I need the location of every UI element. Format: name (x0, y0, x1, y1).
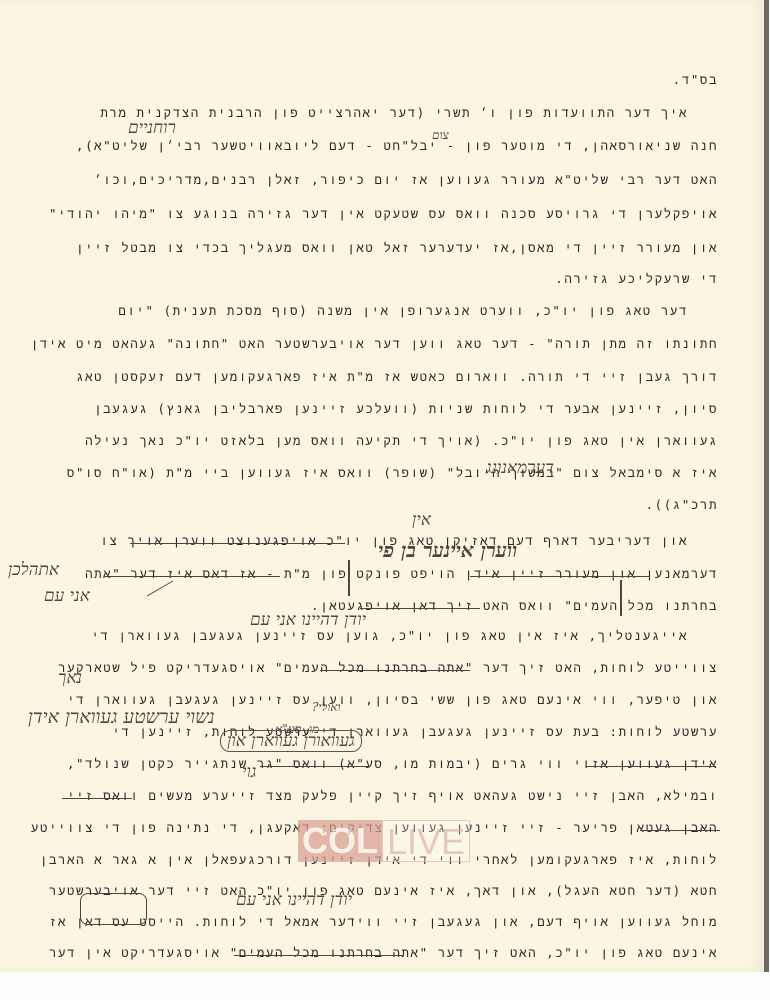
text-line-1: איך דער התוועדות פון ו׳ תשרי (דער יאהרצי… (100, 105, 688, 121)
text-line-3: האט דער רבי שליט"א מעורר געווען אז יום כ… (94, 172, 718, 188)
strike-line (130, 543, 345, 544)
strike-line (640, 830, 720, 831)
text-line-17: אייגענטליך, איז אין טאג פון יו"כ, גוען ע… (91, 628, 688, 644)
handwritten-note: רוחניים (128, 118, 176, 138)
text-line-7: דער טאג פון יו"כ, ווערט אנגערופן אין משנ… (118, 303, 688, 319)
strike-line (320, 670, 470, 671)
scan-margin (0, 972, 770, 1000)
text-line-6: די שרעקליכע גזירה. (555, 271, 718, 287)
text-line-25: חטא (דער חטא העגל), און דאך, איז אינעם ט… (49, 883, 718, 899)
handwritten-insert-mark (620, 580, 622, 616)
handwritten-note: ואולי? (312, 700, 341, 715)
handwritten-note: גוי (242, 762, 256, 782)
strike-line (105, 576, 280, 577)
text-line-12: איז א סימבאל צום "במשוך היובל" (שופר) וו… (67, 465, 718, 481)
text-line-15: דערמאנען און מעורר זיין אידן הויפט פונקט… (85, 566, 718, 582)
text-line-9: דורך געבן זיי די תורה. ווארום כאטש אז מ"… (76, 369, 718, 385)
text-line-10: סיון, זיינען אבער די לוחות שניות (וועלכע… (94, 401, 718, 417)
text-line-27: אינעם טאג פון יו"כ, האט זיך דער "אתה בחר… (49, 945, 718, 961)
handwritten-note: נשוי ערשטע געווארן אידן (28, 706, 215, 729)
text-line-26: מוחל געווען אויף דעם, און געגעבן זיי ווי… (49, 914, 718, 930)
strike-line (234, 955, 404, 956)
text-line-8: חתונתו זה מתן תורה" - דער טאג ווען דער א… (31, 336, 718, 352)
handwritten-note: אני עם (44, 586, 90, 606)
handwritten-note: צום (432, 128, 449, 143)
handwritten-box-mark (80, 893, 147, 925)
text-line-2: חנה שניאורסאהן, די מוטער פון - יבל"חט - … (76, 138, 718, 154)
text-line-22: ובמילא, האבן זיי נישט געהאט אויף זיך קיי… (67, 788, 718, 804)
document-header: בס"ד. (673, 72, 718, 88)
strike-line (470, 576, 650, 577)
text-line-16: בחרתנו מכל העמים" וואס האט זיך דאן אויפג… (311, 598, 718, 614)
handwritten-note: אתהלכן (8, 560, 59, 580)
watermark-live: LIVE (382, 820, 470, 862)
text-line-18: צווייטע לוחות, האט זיך דער "אתה בחרתנו מ… (58, 660, 718, 676)
strike-line (260, 766, 370, 767)
handwritten-note: דערמאנונג (486, 458, 554, 478)
handwritten-insert-mark (348, 560, 350, 596)
strike-line (62, 798, 132, 799)
handwritten-note: יודן דהיינו אני עם (236, 890, 352, 910)
handwritten-note: אין (412, 510, 431, 530)
strike-line (586, 766, 716, 767)
handwritten-note: נאך (58, 668, 82, 688)
watermark-col: COL (298, 820, 382, 862)
handwritten-note: יודן דהיינו אני עם (250, 610, 366, 630)
text-line-13: תרכ"ג)). (646, 497, 718, 513)
text-line-5: און מעורר זיין די מאסן,אז יעדערער זאל טא… (76, 240, 718, 256)
handwritten-note: ווערן איינער בן פי (378, 538, 517, 563)
text-line-11: געווארן אין טאג פון יו"כ. (אויך די תקיעה… (85, 433, 718, 449)
text-line-4: אויפקלערן די גרויסע סכנה וואס עס שטעקט א… (49, 206, 718, 222)
handwritten-note-boxed: געוואורן געווארן און (220, 730, 362, 752)
text-line-21: אידן געווען אזוי ווי גרים (יבמות מו, סע"… (67, 756, 718, 772)
strike-line (360, 608, 480, 609)
watermark: COL LIVE (298, 820, 470, 862)
